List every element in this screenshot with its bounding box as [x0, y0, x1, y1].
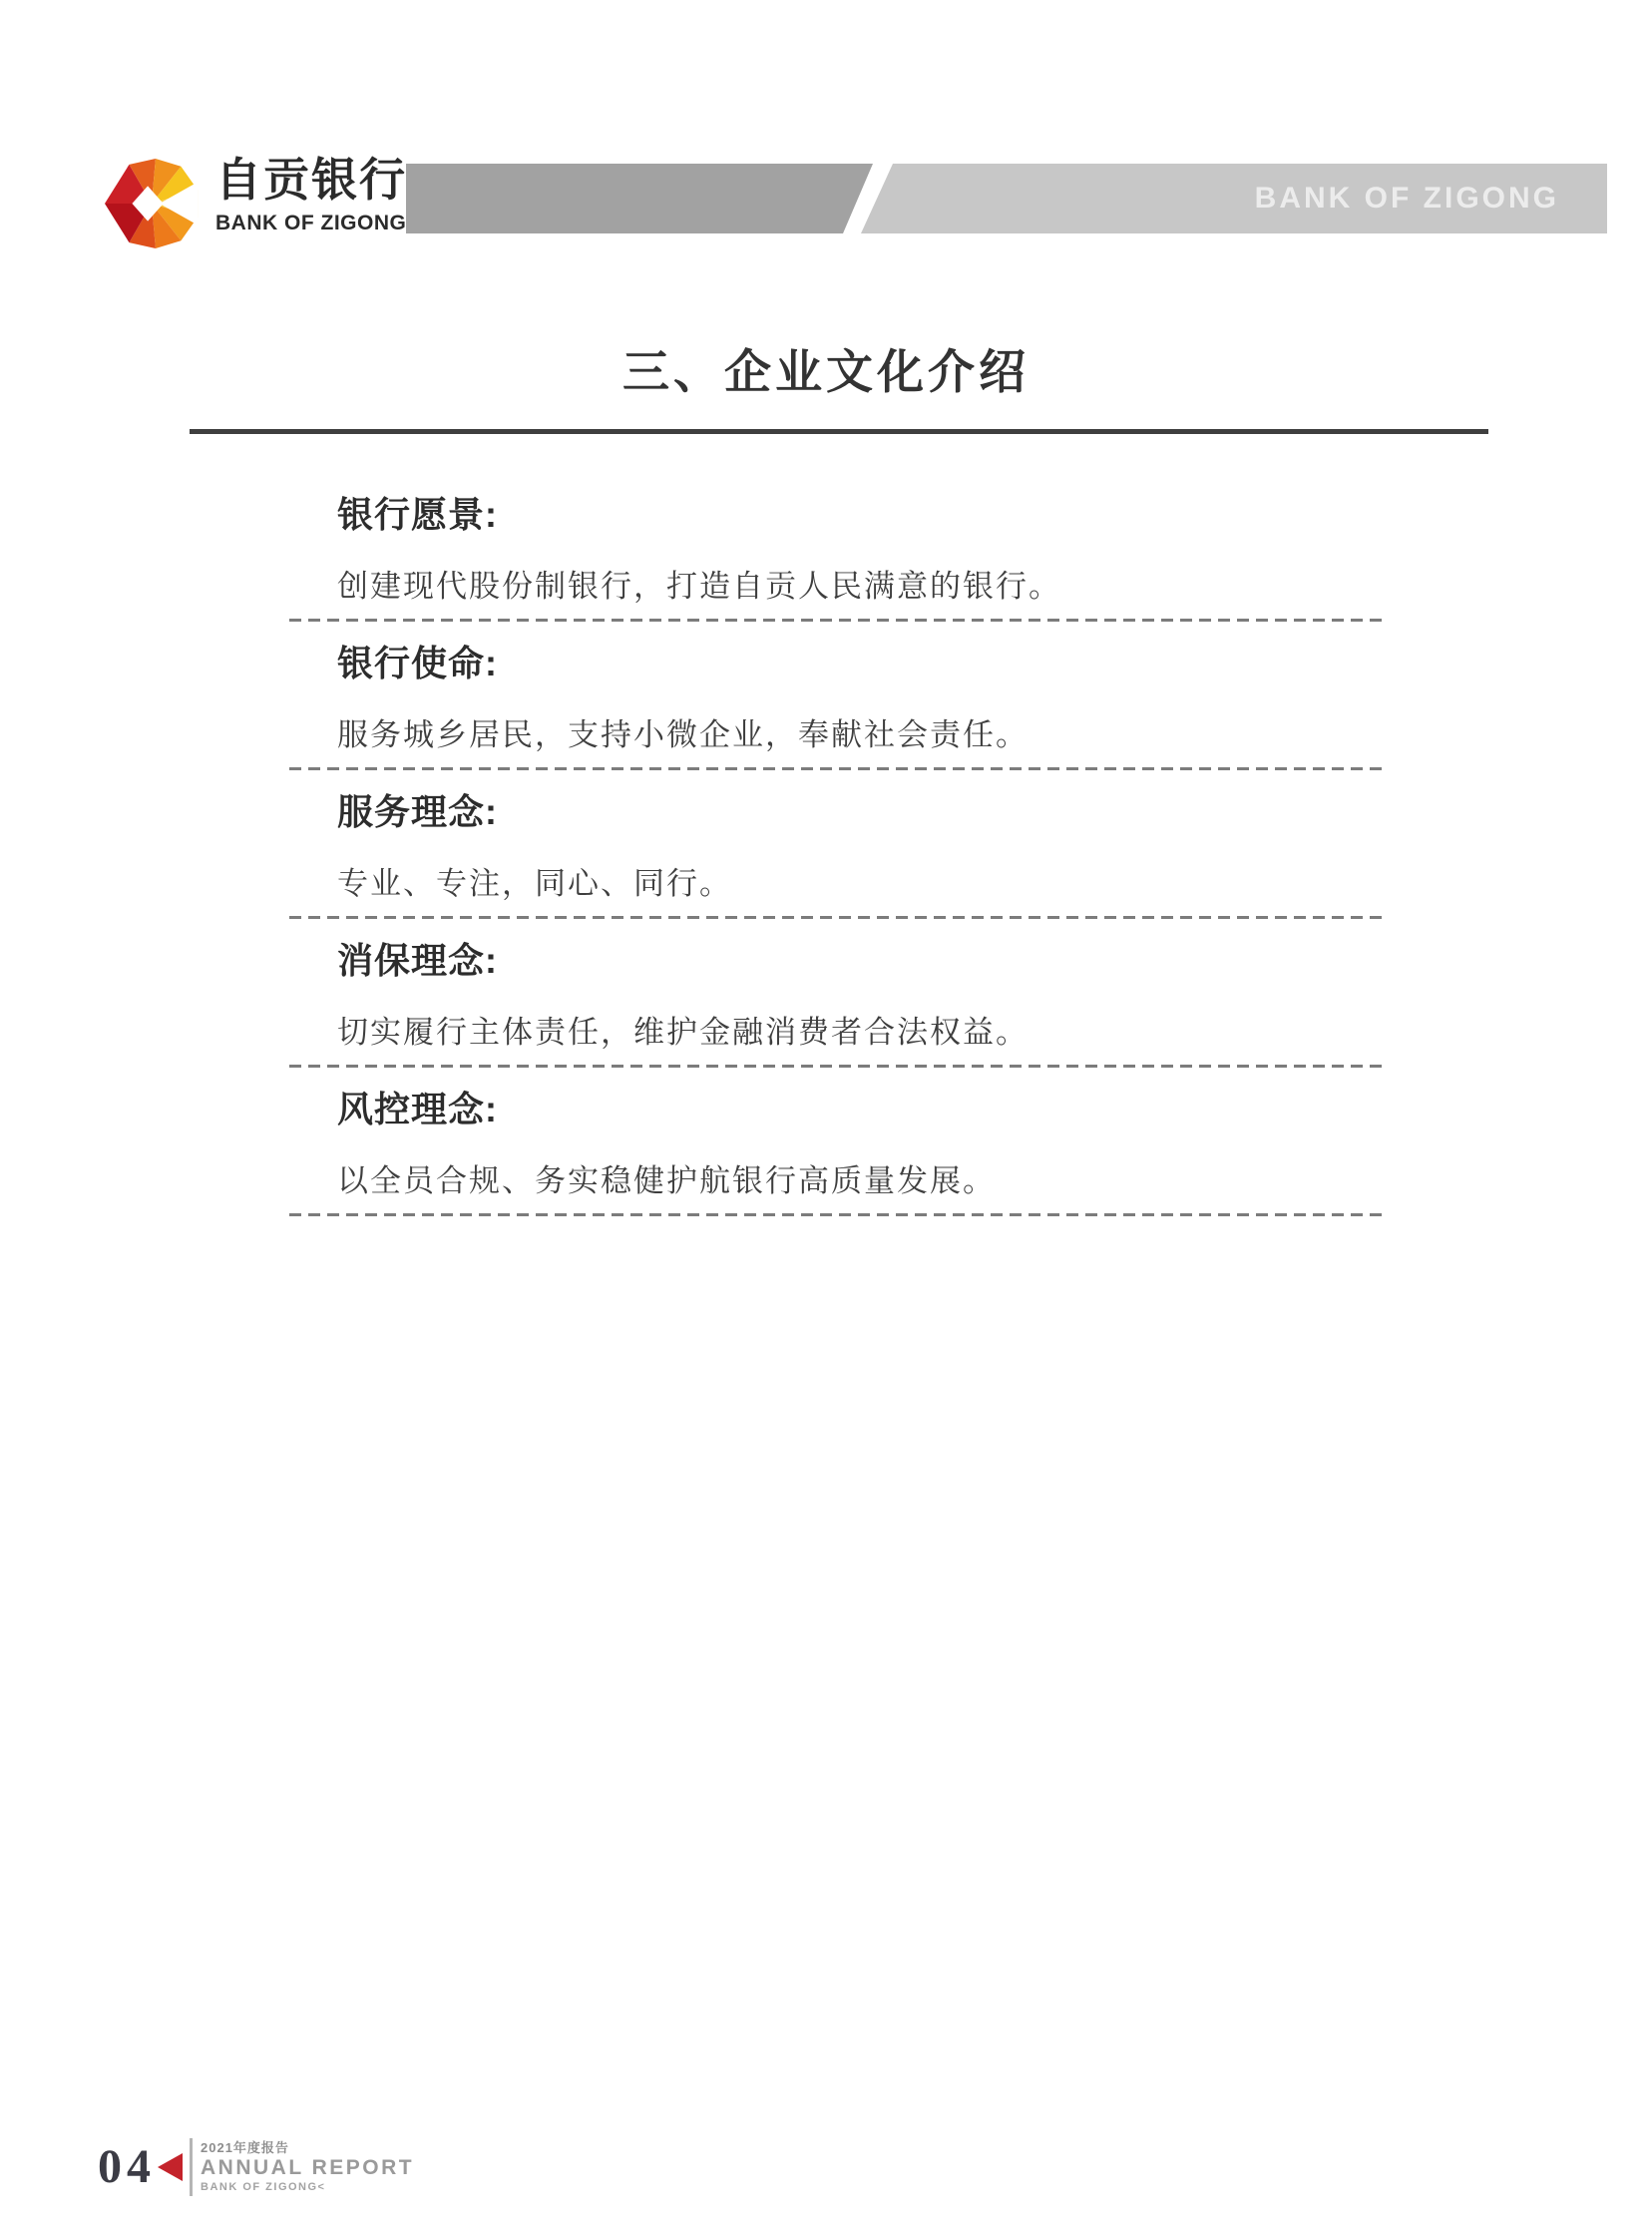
- footer-report-block: 2021年度报告 ANNUAL REPORT BANK OF ZIGONG<: [201, 2140, 414, 2194]
- culture-sections: 银行愿景: 创建现代股份制银行，打造自贡人民满意的银行。 银行使命: 服务城乡居…: [289, 473, 1383, 1216]
- section-body: 切实履行主体责任，维护金融消费者合法权益。: [337, 1013, 1383, 1053]
- section-heading: 消保理念:: [337, 941, 1383, 981]
- red-triangle-left-icon: [158, 2153, 183, 2181]
- page-title: 三、企业文化介绍: [0, 335, 1652, 402]
- footer-bank-name-en: BANK OF ZIGONG<: [201, 2180, 414, 2194]
- section-bank-mission: 银行使命: 服务城乡居民，支持小微企业，奉献社会责任。: [289, 622, 1383, 770]
- title-underline-rule: [190, 429, 1488, 434]
- header-banner-dark-segment: [406, 164, 873, 233]
- page-footer: 04 2021年度报告 ANNUAL REPORT BANK OF ZIGONG…: [98, 2137, 414, 2197]
- section-body: 专业、专注，同心、同行。: [337, 864, 1383, 904]
- section-heading: 服务理念:: [337, 792, 1383, 832]
- report-page: 自贡银行 BANK OF ZIGONG BANK OF ZIGONG 三、企业文…: [0, 0, 1652, 2240]
- footer-divider: [190, 2138, 193, 2196]
- section-body: 创建现代股份制银行，打造自贡人民满意的银行。: [337, 567, 1383, 607]
- section-risk-control: 风控理念: 以全员合规、务实稳健护航银行高质量发展。: [289, 1068, 1383, 1216]
- section-body: 以全员合规、务实稳健护航银行高质量发展。: [337, 1161, 1383, 1201]
- section-body: 服务城乡居民，支持小微企业，奉献社会责任。: [337, 715, 1383, 755]
- page-number: 04: [98, 2137, 156, 2197]
- section-consumer-protection: 消保理念: 切实履行主体责任，维护金融消费者合法权益。: [289, 919, 1383, 1068]
- bank-name-english: BANK OF ZIGONG: [215, 212, 415, 235]
- dashed-divider: [289, 1213, 1383, 1216]
- section-bank-vision: 银行愿景: 创建现代股份制银行，打造自贡人民满意的银行。: [289, 473, 1383, 622]
- footer-report-title-cn: 2021年度报告: [201, 2140, 414, 2156]
- footer-report-title-en: ANNUAL REPORT: [201, 2156, 414, 2180]
- header-banner-light-segment: BANK OF ZIGONG: [861, 164, 1607, 233]
- section-heading: 银行愿景:: [337, 495, 1383, 535]
- section-service-philosophy: 服务理念: 专业、专注，同心、同行。: [289, 770, 1383, 919]
- bank-gem-logo-icon: [100, 157, 204, 250]
- section-heading: 银行使命:: [337, 644, 1383, 683]
- bank-logo-text: 自贡银行 BANK OF ZIGONG: [215, 150, 415, 235]
- header-banner-text: BANK OF ZIGONG: [1255, 164, 1559, 233]
- section-heading: 风控理念:: [337, 1090, 1383, 1129]
- bank-name-chinese: 自贡银行: [215, 150, 415, 210]
